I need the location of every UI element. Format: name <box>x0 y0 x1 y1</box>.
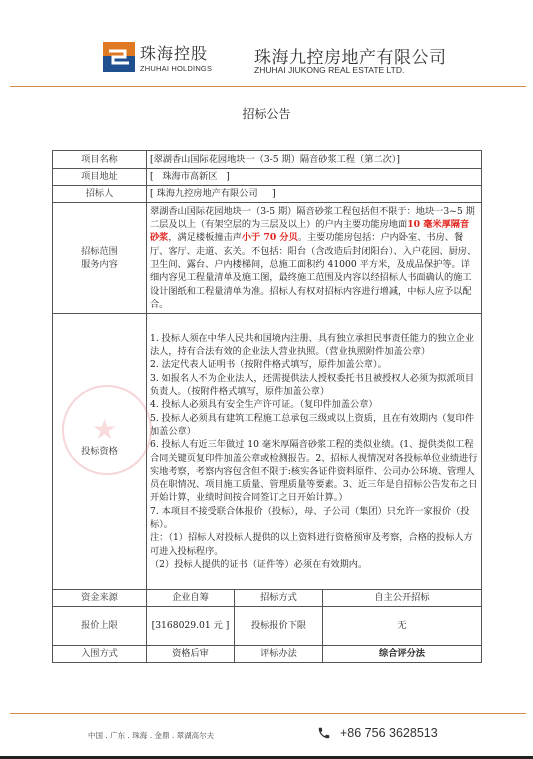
footer-address: 中国 . 广东 . 珠海 . 金鼎 . 翠湖高尔夫 <box>88 730 214 741</box>
label-tenderer: 招标人 <box>53 186 147 203</box>
phone-icon <box>317 726 331 740</box>
label-price-cap: 报价上限 <box>53 607 147 646</box>
qualification-item-7: 7. 本项目不接受联合体报价（投标），母、子公司（集团）只允许一家报价（投标）。 <box>150 505 478 532</box>
logo-chinese-name: 珠海控股 <box>140 41 208 64</box>
row-project-name: 项目名称 [翠湖香山国际花园地块一（3-5 期）隔音砂浆工程（第二次）] <box>53 151 482 169</box>
logo-english-name: ZHUHAI HOLDINGS <box>140 64 212 73</box>
value-evaluation-method: 综合评分法 <box>323 646 482 663</box>
label-entry-method: 入围方式 <box>53 646 147 663</box>
value-tenderer: [ 珠海九控房地产有限公司 ] <box>147 186 482 203</box>
document-title: 招标公告 <box>0 105 533 122</box>
value-entry-method: 资格后审 <box>147 646 235 663</box>
qualification-item-4: 4. 投标人必须具有安全生产许可证。（复印件加盖公章） <box>150 398 478 411</box>
value-price-cap: [3168029.01 元 ] <box>147 607 235 646</box>
qualification-item-1: 1. 投标人须在中华人民共和国境内注册、具有独立承担民事责任能力的独立企业法人，… <box>150 332 478 359</box>
qualification-note-1: 注：（1）招标人对投标人提供的以上资料进行资格预审及考察，合格的投标人方可进入投… <box>150 531 478 558</box>
star-icon: ★ <box>92 413 117 446</box>
value-project-address: [ 珠海市高新区 ] <box>147 169 482 186</box>
footer-phone-number: +86 756 3628513 <box>340 726 438 740</box>
label-scope-line2: 服务内容 <box>81 259 118 270</box>
row-entry: 入围方式 资格后审 评标办法 综合评分法 <box>53 646 482 663</box>
qualification-item-6: 6. 投标人有近三年做过 10 毫米厚隔音砂浆工程的类似业绩。(1、提供类似工程… <box>150 438 478 504</box>
qualification-note-2: （2）投标人提供的证书（证件等）必须在有效期内。 <box>150 558 478 571</box>
label-scope: 招标范围 服务内容 <box>53 203 147 314</box>
value-qualification: 1. 投标人须在中华人民共和国境内注册、具有独立承担民事责任能力的独立企业法人，… <box>147 314 482 590</box>
scope-text-2: ，满足楼板撞击声 <box>168 232 242 243</box>
label-project-name: 项目名称 <box>53 151 147 169</box>
row-tenderer: 招标人 [ 珠海九控房地产有限公司 ] <box>53 186 482 203</box>
qualification-item-3: 3. 如报名人不为企业法人，还需提供法人授权委托书且被授权人必须为拟派项目负责人… <box>150 372 478 399</box>
label-scope-line1: 招标范围 <box>81 246 118 257</box>
label-project-address: 项目地址 <box>53 169 147 186</box>
row-project-address: 项目地址 [ 珠海市高新区 ] <box>53 169 482 186</box>
value-funding: 企业自筹 <box>147 590 235 607</box>
row-price: 报价上限 [3168029.01 元 ] 投标报价下限 无 <box>53 607 482 646</box>
value-scope: 翠湖香山国际花园地块一（3-5 期）隔音砂浆工程包括但不限于：地块一3~5 期二… <box>147 203 482 314</box>
row-funding: 资金来源 企业自筹 招标方式 自主公开招标 <box>53 590 482 607</box>
qualification-item-2: 2. 法定代表人证明书（按附件格式填写，原件加盖公章）。 <box>150 358 478 371</box>
header-divider <box>10 86 526 87</box>
zhuhai-holdings-logo-icon <box>103 42 135 72</box>
company-name-en: ZHUHAI JIUKONG REAL ESTATE LTD. <box>254 65 404 75</box>
footer-divider <box>10 713 526 714</box>
value-tender-method: 自主公开招标 <box>323 590 482 607</box>
scope-highlight-decibel: 小于 70 分贝 <box>242 232 298 243</box>
label-tender-method: 招标方式 <box>235 590 323 607</box>
row-scope: 招标范围 服务内容 翠湖香山国际花园地块一（3-5 期）隔音砂浆工程包括但不限于… <box>53 203 482 314</box>
qualification-item-5: 5. 投标人必须具有建筑工程施工总承包三级或以上资质，且在有效期内（复印件加盖公… <box>150 412 478 439</box>
label-price-floor: 投标报价下限 <box>235 607 323 646</box>
label-evaluation-method: 评标办法 <box>235 646 323 663</box>
company-seal-stamp: ★ <box>62 385 152 475</box>
value-project-name: [翠湖香山国际花园地块一（3-5 期）隔音砂浆工程（第二次）] <box>147 151 482 169</box>
scope-text-3: 。主要功能房包括：户内卧室、书房、餐厅、客厅、走道、玄关。不包括：阳台（含改造后… <box>150 232 476 309</box>
value-price-floor: 无 <box>323 607 482 646</box>
label-funding: 资金来源 <box>53 590 147 607</box>
letterhead: 珠海控股 ZHUHAI HOLDINGS 珠海九控房地产有限公司 ZHUHAI … <box>0 0 533 90</box>
